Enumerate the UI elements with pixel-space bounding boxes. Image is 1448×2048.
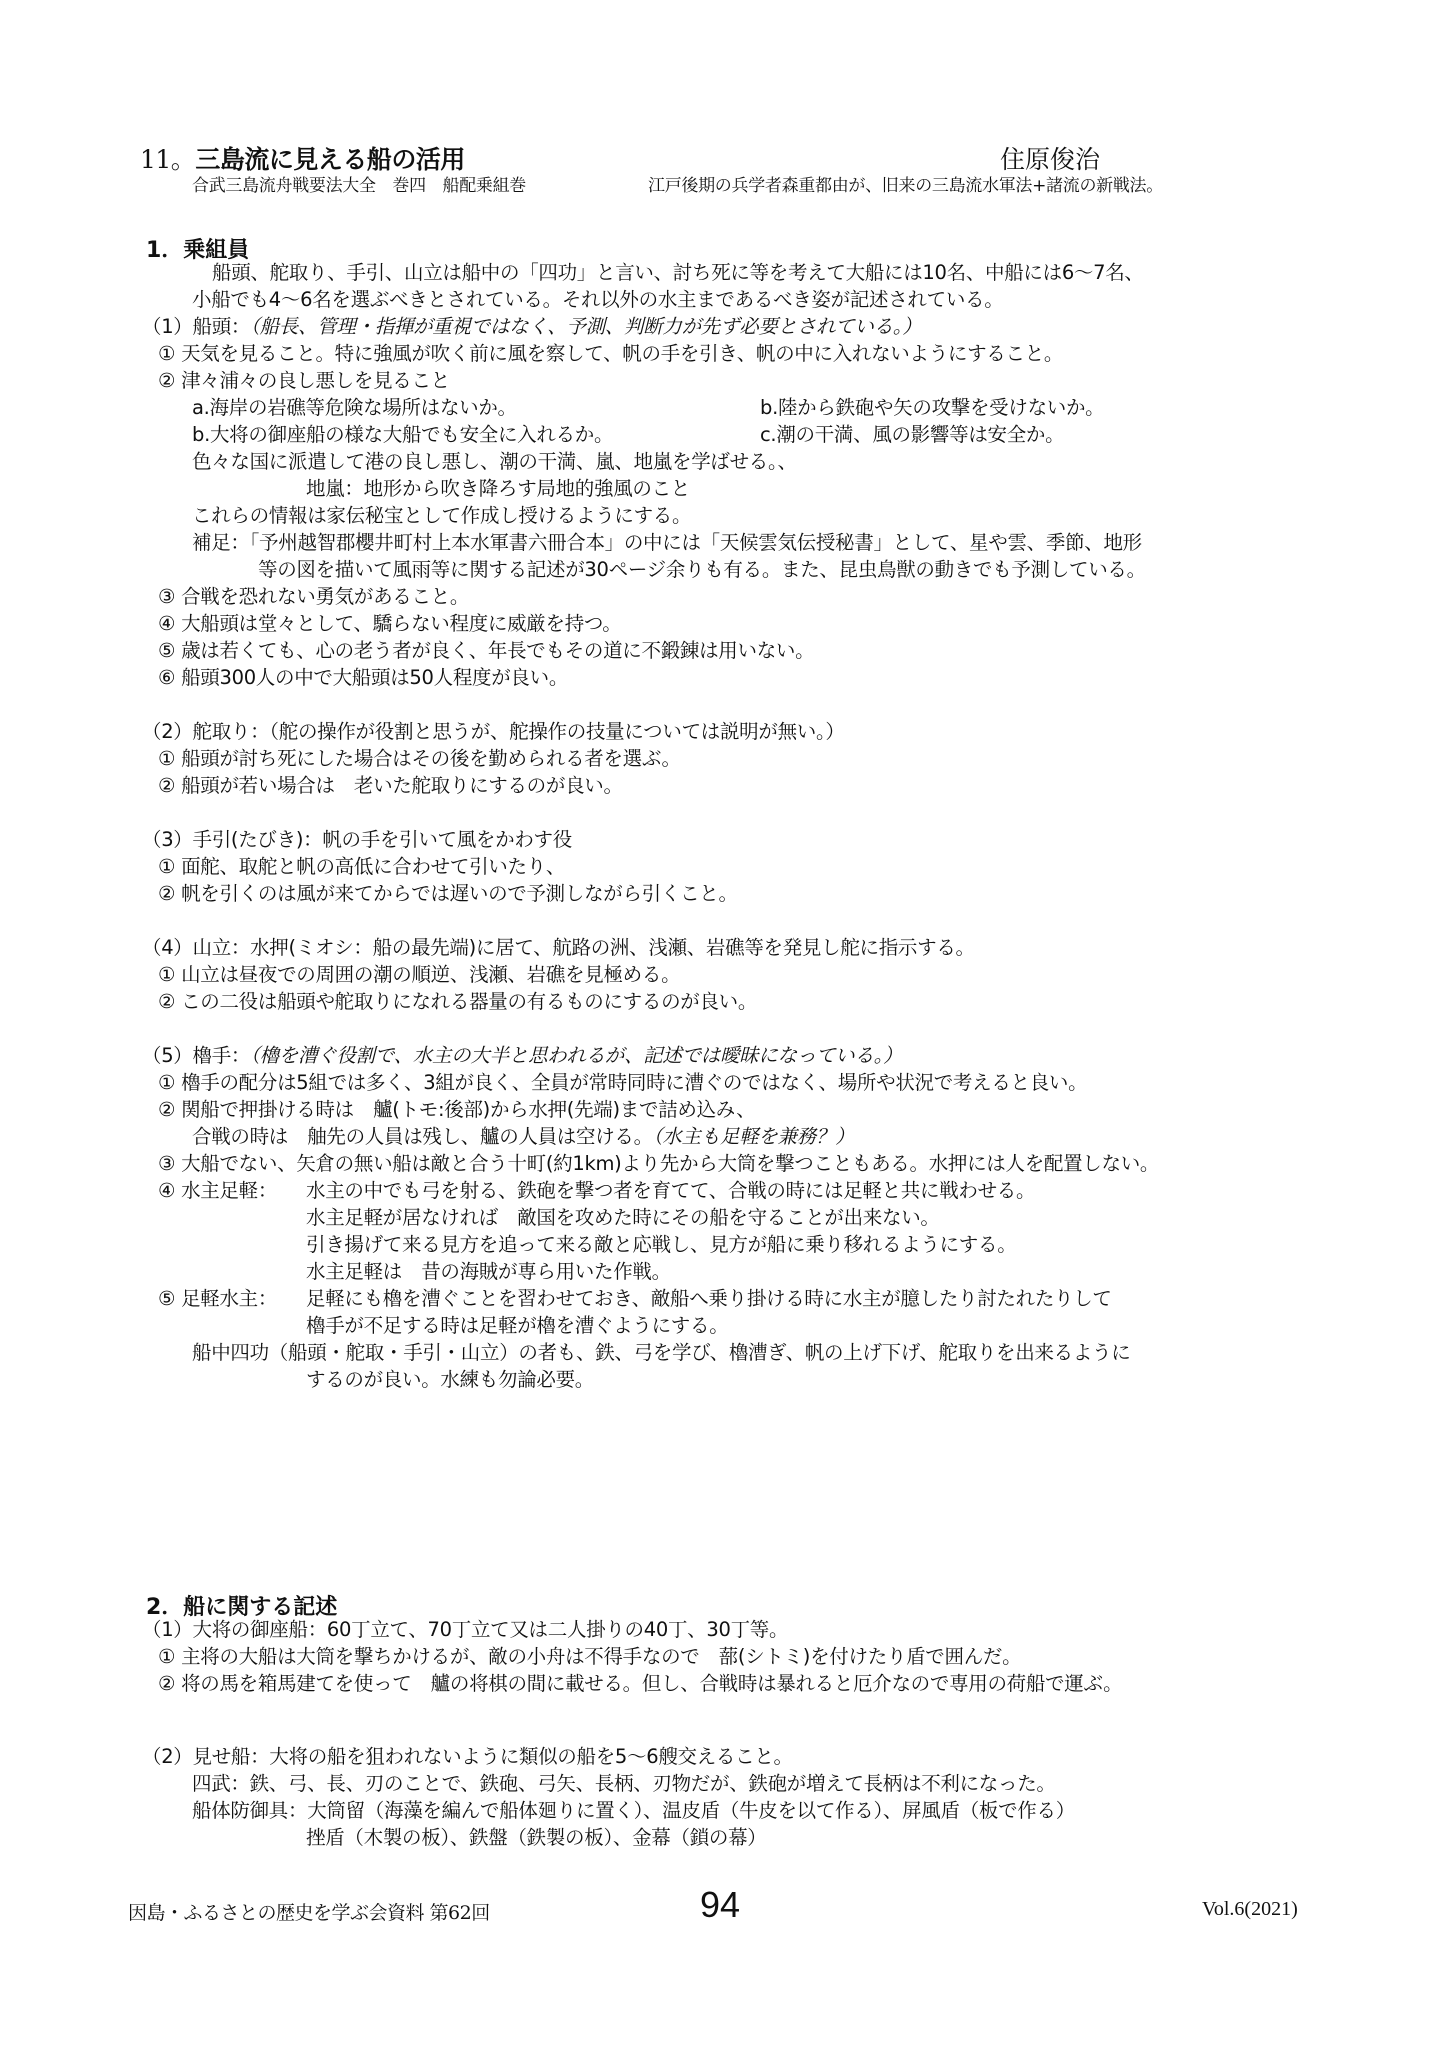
inline-note: （水主も足軽を兼務？） bbox=[653, 1125, 854, 1148]
list-item: ③ 合戦を恐れない勇気があること。 bbox=[158, 584, 469, 610]
list-item: ① 天気を見ること。特に強風が吹く前に風を察して、帆の手を引き、帆の中に入れない… bbox=[158, 341, 1063, 367]
subsection-heading-lookout: （4）山立：水押(ミオシ：船の最先端)に居て、航路の洲、浅瀬、岩礁等を発見し舵に… bbox=[142, 935, 975, 961]
intro-line: 小船でも4～6名を選ぶべきとされている。それ以外の水主まであるべき姿が記述されて… bbox=[192, 287, 1003, 313]
check-item: a.海岸の岩礁等危険な場所はないか。 bbox=[192, 395, 517, 421]
subsection-heading-oarsmen: （5）櫓手：（櫓を漕ぐ役割で、水主の大半と思われるが、記述では曖昧になっている。… bbox=[142, 1043, 902, 1069]
closing-line: するのが良い。水練も勿論必要。 bbox=[306, 1367, 594, 1393]
subsection-heading-flagship: （1）大将の御座船：60丁立て、70丁立て又は二人掛りの40丁、30丁等。 bbox=[142, 1617, 788, 1643]
closing-line: 船中四功（船頭・舵取・手引・山立）の者も、鉄、弓を学び、櫓漕ぎ、帆の上げ下げ、舵… bbox=[192, 1340, 1130, 1366]
list-item: ① 主将の大船は大筒を撃ちかけるが、敵の小舟は不得手なので 蔀(シトミ)を付けた… bbox=[158, 1644, 1021, 1670]
supplement-line: 等の図を描いて風雨等に関する記述が30ページ余りも有る。また、昆虫鳥獣の動きでも… bbox=[258, 557, 1146, 583]
list-item: ⑤ 歳は若くても、心の老う者が良く、年長でもその道に不鍛錬は用いない。 bbox=[158, 638, 814, 664]
page-number: 94 bbox=[700, 1884, 740, 1926]
subsection-note: （船長、管理・指揮が重視ではなく、予測、判断力が先ず必要とされている。） bbox=[250, 315, 921, 338]
check-item: b.大将の御座船の様な大船でも安全に入れるか。 bbox=[192, 422, 613, 448]
list-item-label: ⑤ 足軽水主： bbox=[158, 1286, 277, 1312]
source-note: 江戸後期の兵学者森重都由が、旧来の三島流水軍法+諸流の新戦法。 bbox=[648, 171, 1163, 196]
text-line: 地嵐：地形から吹き降ろす局地的強風のこと bbox=[306, 476, 690, 502]
subsection-heading-captain: （1）船頭：（船長、管理・指揮が重視ではなく、予測、判断力が先ず必要とされている… bbox=[142, 314, 921, 340]
subsection-note: （櫓を漕ぐ役割で、水主の大半と思われるが、記述では曖昧になっている。） bbox=[250, 1044, 902, 1067]
footer-publication: 因島・ふるさとの歴史を学ぶ会資料 第62回 bbox=[128, 1898, 490, 1925]
list-item: ① 面舵、取舵と帆の高低に合わせて引いたり、 bbox=[158, 854, 565, 880]
list-item: ④ 大船頭は堂々として、驕らない程度に威厳を持つ。 bbox=[158, 611, 622, 637]
list-item: ② 帆を引くのは風が来てからでは遅いので予測しながら引くこと。 bbox=[158, 881, 738, 907]
text-line: 水主足軽が居なければ 敵国を攻めた時にその船を守ることが出来ない。 bbox=[306, 1205, 940, 1231]
list-item: ① 船頭が討ち死にした場合はその後を勤められる者を選ぶ。 bbox=[158, 746, 681, 772]
source-title: 合武三島流舟戦要法大全 巻四 船配乗組巻 bbox=[192, 171, 526, 196]
text-line: 色々な国に派遣して港の良し悪し、潮の干満、嵐、地嵐を学ばせる。、 bbox=[192, 449, 797, 475]
text-line: これらの情報は家伝秘宝として作成し授けるようにする。 bbox=[192, 503, 691, 529]
supplement-line: 補足：「予州越智郡櫻井町村上本水軍書六冊合本」の中には「天候雲気伝授秘書」として… bbox=[192, 530, 1142, 556]
check-item: b.陸から鉄砲や矢の攻撃を受けないか。 bbox=[760, 395, 1104, 421]
chapter-number: 11。 bbox=[140, 145, 195, 174]
subsection-heading-decoy-ships: （2）見せ船：大将の船を狙われないように類似の船を5～6艘交えること。 bbox=[142, 1744, 793, 1770]
list-item: ② 関船で押掛ける時は 艫(トモ:後部)から水押(先端)まで詰め込み、 bbox=[158, 1097, 755, 1123]
subsection-heading-sail-handler: （3）手引(たびき)：帆の手を引いて風をかわす役 bbox=[142, 827, 572, 853]
list-item: ① 櫓手の配分は5組では多く、3組が良く、全員が常時同時に漕ぐのではなく、場所や… bbox=[158, 1070, 1087, 1096]
footer-volume: Vol.6(2021) bbox=[1202, 1898, 1298, 1921]
text-line: 足軽にも櫓を漕ぐことを習わせておき、敵船へ乗り掛ける時に水主が臆したり討たれたり… bbox=[306, 1286, 1112, 1312]
intro-line: 船頭、舵取り、手引、山立は船中の「四功」と言い、討ち死に等を考えて大船には10名… bbox=[212, 260, 1144, 286]
list-item: ② 船頭が若い場合は 老いた舵取りにするのが良い。 bbox=[158, 773, 623, 799]
text-line: 船体防御具：大筒留（海藻を編んで船体廻りに置く）、温皮盾（牛皮を以て作る）、屏風… bbox=[192, 1798, 1075, 1824]
text-line: 櫓手が不足する時は足軽が櫓を漕ぐようにする。 bbox=[306, 1313, 728, 1339]
text-line: 水主の中でも弓を射る、鉄砲を撃つ者を育てて、合戦の時には足軽と共に戦わせる。 bbox=[306, 1178, 1035, 1204]
list-item: ① 山立は昼夜での周囲の潮の順逆、浅瀬、岩礁を見極める。 bbox=[158, 962, 680, 988]
check-item: c.潮の干満、風の影響等は安全か。 bbox=[760, 422, 1064, 448]
list-item: ② この二役は船頭や舵取りになれる器量の有るものにするのが良い。 bbox=[158, 989, 757, 1015]
list-item: ⑥ 船頭300人の中で大船頭は50人程度が良い。 bbox=[158, 665, 568, 691]
text-line: 四武：鉄、弓、長、刃のことで、鉄砲、弓矢、長柄、刃物だが、鉄砲が増えて長柄は不利… bbox=[192, 1771, 1056, 1797]
list-item: ② 将の馬を箱馬建てを使って 艫の将棋の間に載せる。但し、合戦時は暴れると厄介な… bbox=[158, 1671, 1122, 1697]
text-line: 引き揚げて来る見方を追って来る敵と応戦し、見方が船に乗り移れるようにする。 bbox=[306, 1232, 1016, 1258]
list-item-continuation: 合戦の時は 舳先の人員は残し、艫の人員は空ける。（水主も足軽を兼務？） bbox=[192, 1124, 854, 1150]
subsection-heading-helmsman: （2）舵取り：（舵の操作が役割と思うが、舵操作の技量については説明が無い。） bbox=[142, 719, 845, 745]
list-item: ② 津々浦々の良し悪しを見ること bbox=[158, 368, 450, 394]
list-item: ③ 大船でない、矢倉の無い船は敵と合う十町(約1km)より先から大筒を撃つことも… bbox=[158, 1151, 1159, 1177]
chapter-title: 三島流に見える船の活用 bbox=[195, 145, 465, 174]
text-line: 水主足軽は 昔の海賊が専ら用いた作戦。 bbox=[306, 1259, 671, 1285]
list-item-label: ④ 水主足軽： bbox=[158, 1178, 277, 1204]
text-line: 挫盾（木製の板）、鉄盤（鉄製の板）、金幕（鎖の幕） bbox=[306, 1825, 767, 1851]
